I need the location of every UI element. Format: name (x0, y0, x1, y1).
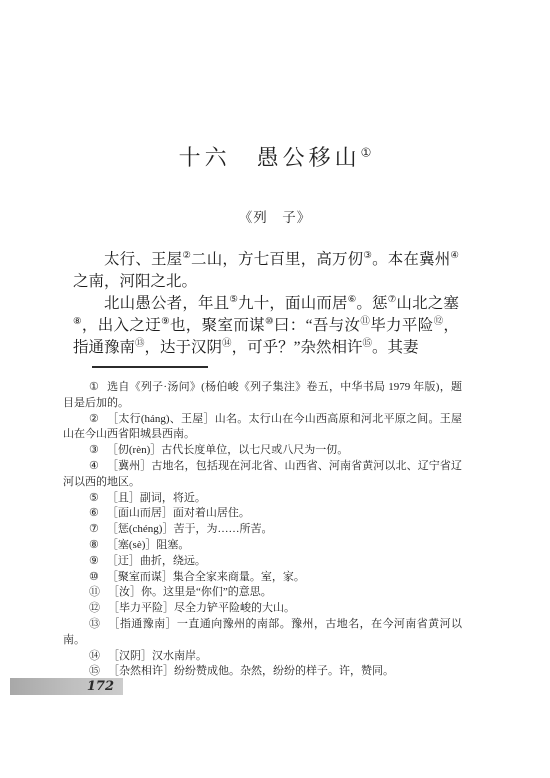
footnote-item: ⑨［迂］曲折，绕远。 (63, 554, 462, 570)
lesson-body: 太行、王屋②二山，方七百里，高万仞③。本在冀州④之南，河阳之北。 北山愚公者，年… (73, 249, 459, 359)
footnote-number: ⑫ (89, 602, 100, 614)
page-number: 172 (87, 679, 114, 694)
footnote-ref: ⑬ (135, 339, 145, 349)
footnote-number: ⑭ (89, 650, 100, 662)
footnote-ref: ⑭ (222, 339, 232, 349)
footnote-text: ［惩(chéng)］苦于，为……所苦。 (107, 523, 273, 535)
footnote-item: ②［太行(háng)、王屋］山名。太行山在今山西高原和河北平原之间。王屋山在今山… (63, 412, 462, 444)
footnote-item: ③［仞(rèn)］古代长度单位，以七尺或八尺为一仞。 (63, 443, 462, 459)
lesson-title: 十六 愚公移山① (0, 141, 550, 172)
footnote-ref: ⑥ (348, 295, 357, 305)
footnote-number: ⑩ (89, 571, 99, 583)
footnote-text: ［指通豫南］一直通向豫州的南部。豫州，古地名，在今河南省黄河以南。 (63, 618, 462, 646)
footnote-item: ⑭［汉阴］汉水南岸。 (63, 649, 462, 665)
footnote-ref: ⑤ (229, 295, 238, 305)
footnote-text: ［汉阴］汉水南岸。 (108, 650, 207, 662)
footnote-item: ⑥［面山而居］面对着山居住。 (63, 506, 462, 522)
footnote-text: ［聚室而谋］集合全家来商量。室，家。 (107, 571, 305, 583)
body-paragraph: 北山愚公者，年且⑤九十，面山而居⑥。惩⑦山北之塞⑧，出入之迂⑨也，聚室而谋⑩曰：… (73, 293, 459, 359)
footnote-item: ④［冀州］古地名，包括现在河北省、山西省、河南省黄河以北、辽宁省辽河以西的地区。 (63, 459, 462, 491)
body-paragraph: 太行、王屋②二山，方七百里，高万仞③。本在冀州④之南，河阳之北。 (73, 249, 459, 293)
footnote-text: ［太行(háng)、王屋］山名。太行山在今山西高原和河北平原之间。王屋山在今山西… (63, 413, 462, 441)
footnote-ref: ② (182, 251, 191, 261)
footnote-item: ⑬［指通豫南］一直通向豫州的南部。豫州，古地名，在今河南省黄河以南。 (63, 617, 462, 649)
footnote-text: ［汝］你。这里是“你们”的意思。 (108, 586, 272, 598)
footnote-ref: ⑩ (265, 317, 274, 327)
footnote-item: ⑫［毕力平险］尽全力铲平险峻的大山。 (63, 601, 462, 617)
footnote-number: ④ (89, 460, 99, 472)
footnote-text: 选自《列子·汤问》(杨伯峻《列子集注》卷五，中华书局 1979 年版)，题目是后… (63, 381, 462, 409)
footnote-item: ⑤［且］副词，将近。 (63, 491, 462, 507)
footnote-text: ［且］副词，将近。 (107, 492, 206, 504)
footnote-ref: ① (361, 146, 372, 160)
page-number-bar: 172 (10, 678, 123, 695)
footnote-ref: ⑮ (362, 339, 372, 349)
footnote-ref: ④ (450, 251, 459, 261)
source-attribution: 《列 子》 (0, 206, 550, 226)
footnote-number: ① (89, 381, 99, 393)
footnote-number: ⑤ (89, 492, 99, 504)
footnote-ref: ⑧ (73, 317, 82, 327)
footnote-ref: ⑨ (161, 317, 170, 327)
footnote-number: ⑧ (89, 539, 99, 551)
footnote-item: ⑪［汝］你。这里是“你们”的意思。 (63, 585, 462, 601)
footnote-text: ［迂］曲折，绕远。 (107, 555, 206, 567)
footnote-number: ⑦ (89, 523, 99, 535)
footnote-number: ⑬ (89, 618, 100, 630)
footnote-ref: ③ (363, 251, 372, 261)
footnote-text: ［塞(sè)］阻塞。 (107, 539, 190, 551)
footnote-text: ［毕力平险］尽全力铲平险峻的大山。 (108, 602, 295, 614)
footnote-number: ⑨ (89, 555, 99, 567)
footnote-text: ［仞(rèn)］古代长度单位，以七尺或八尺为一仞。 (107, 444, 348, 456)
footnote-number: ② (89, 413, 99, 425)
footnote-item: ⑦［惩(chéng)］苦于，为……所苦。 (63, 522, 462, 538)
footnote-number: ⑮ (89, 665, 100, 677)
footnote-ref: ⑦ (388, 295, 397, 305)
footnote-text: ［杂然相许］纷纷赞成他。杂然，纷纷的样子。许，赞同。 (108, 665, 394, 677)
textbook-page: 十六 愚公移山① 《列 子》 太行、王屋②二山，方七百里，高万仞③。本在冀州④之… (0, 0, 550, 778)
footnotes-list: ①选自《列子·汤问》(杨伯峻《列子集注》卷五，中华书局 1979 年版)，题目是… (63, 380, 462, 680)
footnote-item: ①选自《列子·汤问》(杨伯峻《列子集注》卷五，中华书局 1979 年版)，题目是… (63, 380, 462, 412)
footnote-item: ⑩［聚室而谋］集合全家来商量。室，家。 (63, 570, 462, 586)
footnote-text: ［面山而居］面对着山居住。 (107, 507, 250, 519)
footnote-text: ［冀州］古地名，包括现在河北省、山西省、河南省黄河以北、辽宁省辽河以西的地区。 (63, 460, 462, 488)
footnote-number: ⑪ (89, 586, 100, 598)
footnote-number: ③ (89, 444, 99, 456)
footnote-ref: ⑪ (360, 317, 370, 327)
footnote-separator (92, 366, 208, 368)
footnote-item: ⑧［塞(sè)］阻塞。 (63, 538, 462, 554)
footnote-ref: ⑫ (434, 317, 444, 327)
footnote-number: ⑥ (89, 507, 99, 519)
